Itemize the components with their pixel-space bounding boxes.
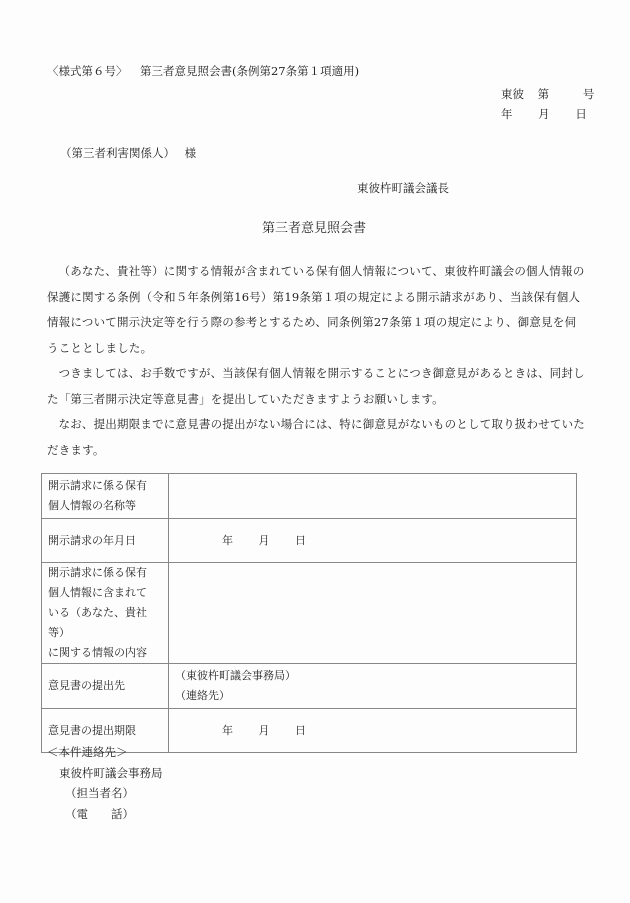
- document-title: 第三者意見照会書: [262, 217, 366, 236]
- label-line: に関する情報の内容: [48, 643, 162, 663]
- reference-number: 東彼 第 号: [501, 86, 594, 102]
- ref-dai: 第: [538, 87, 550, 101]
- label-line: 意見書の提出先: [48, 676, 162, 696]
- date-year: 年: [222, 531, 233, 551]
- label-line: 開示請求に係る保有: [48, 476, 162, 496]
- body-paragraph-1: （あなた、貴社等）に関する情報が含まれている保有個人情報について、東彼杵町議会の…: [47, 259, 587, 361]
- body-paragraph-2: つきましては、お手数ですが、当該保有個人情報を開示することにつき御意見があるとき…: [47, 361, 587, 412]
- form-title: 第三者意見照会書(条例第27条第１項適用): [140, 63, 359, 79]
- issue-date: 年 月 日: [501, 106, 587, 122]
- sender: 東彼杵町議会議長: [357, 180, 449, 196]
- form-label: 〈様式第６号〉: [47, 63, 128, 79]
- submission-office: （東彼杵町議会事務局）: [175, 666, 570, 686]
- date-month: 月: [259, 531, 270, 551]
- addressee-honorific: 様: [185, 146, 197, 160]
- label-line: 個人情報の名称等: [48, 496, 162, 516]
- contact-phone: （電 話）: [47, 804, 163, 825]
- contact-block: ＜本件連絡先＞ 東彼杵町議会事務局 （担当者名） （電 話）: [47, 742, 163, 824]
- label-line: 開示請求に係る保有: [48, 563, 162, 583]
- body-paragraph-3: なお、提出期限までに意見書の提出がない場合には、特に御意見がないものとして取り扱…: [47, 412, 587, 463]
- row-label: 開示請求に係る保有 個人情報の名称等: [42, 474, 169, 519]
- date-day: 日: [295, 531, 306, 551]
- addressee-name: （第三者利害関係人）: [60, 146, 175, 160]
- addressee: （第三者利害関係人） 様: [60, 145, 196, 161]
- row-label: 意見書の提出先: [42, 664, 169, 709]
- label-line: 個人情報に含まれて: [48, 583, 162, 603]
- submission-contact: （連絡先）: [175, 686, 570, 706]
- date-month: 月: [538, 107, 550, 121]
- table-row: 意見書の提出先 （東彼杵町議会事務局） （連絡先）: [42, 664, 577, 709]
- label-line: 意見書の提出期限: [48, 721, 162, 741]
- contact-person: （担当者名）: [47, 783, 163, 804]
- row-label: 開示請求の年月日: [42, 519, 169, 563]
- table-row: 開示請求の年月日 年 月 日: [42, 519, 577, 563]
- ref-go: 号: [583, 87, 595, 101]
- row-value-field[interactable]: 年 月 日: [169, 709, 577, 753]
- contact-heading: ＜本件連絡先＞: [47, 742, 163, 763]
- date-year: 年: [222, 721, 233, 741]
- row-value-field[interactable]: （東彼杵町議会事務局） （連絡先）: [169, 664, 577, 709]
- body-text: （あなた、貴社等）に関する情報が含まれている保有個人情報について、東彼杵町議会の…: [47, 259, 587, 463]
- date-year: 年: [501, 107, 513, 121]
- date-day: 日: [295, 721, 306, 741]
- contact-office: 東彼杵町議会事務局: [47, 763, 163, 784]
- row-value-field[interactable]: [169, 563, 577, 664]
- label-line: いる（あなた、貴社等）: [48, 603, 162, 643]
- date-day: 日: [575, 107, 587, 121]
- row-value-field[interactable]: [169, 474, 577, 519]
- row-value-field[interactable]: 年 月 日: [169, 519, 577, 563]
- info-table: 開示請求に係る保有 個人情報の名称等 開示請求の年月日 年 月 日 開示請求に係…: [41, 473, 577, 753]
- label-line: 開示請求の年月日: [48, 531, 162, 551]
- table-row: 開示請求に係る保有 個人情報の名称等: [42, 474, 577, 519]
- ref-prefix: 東彼: [501, 87, 524, 101]
- date-month: 月: [259, 721, 270, 741]
- table-row: 開示請求に係る保有 個人情報に含まれて いる（あなた、貴社等） に関する情報の内…: [42, 563, 577, 664]
- row-label: 開示請求に係る保有 個人情報に含まれて いる（あなた、貴社等） に関する情報の内…: [42, 563, 169, 664]
